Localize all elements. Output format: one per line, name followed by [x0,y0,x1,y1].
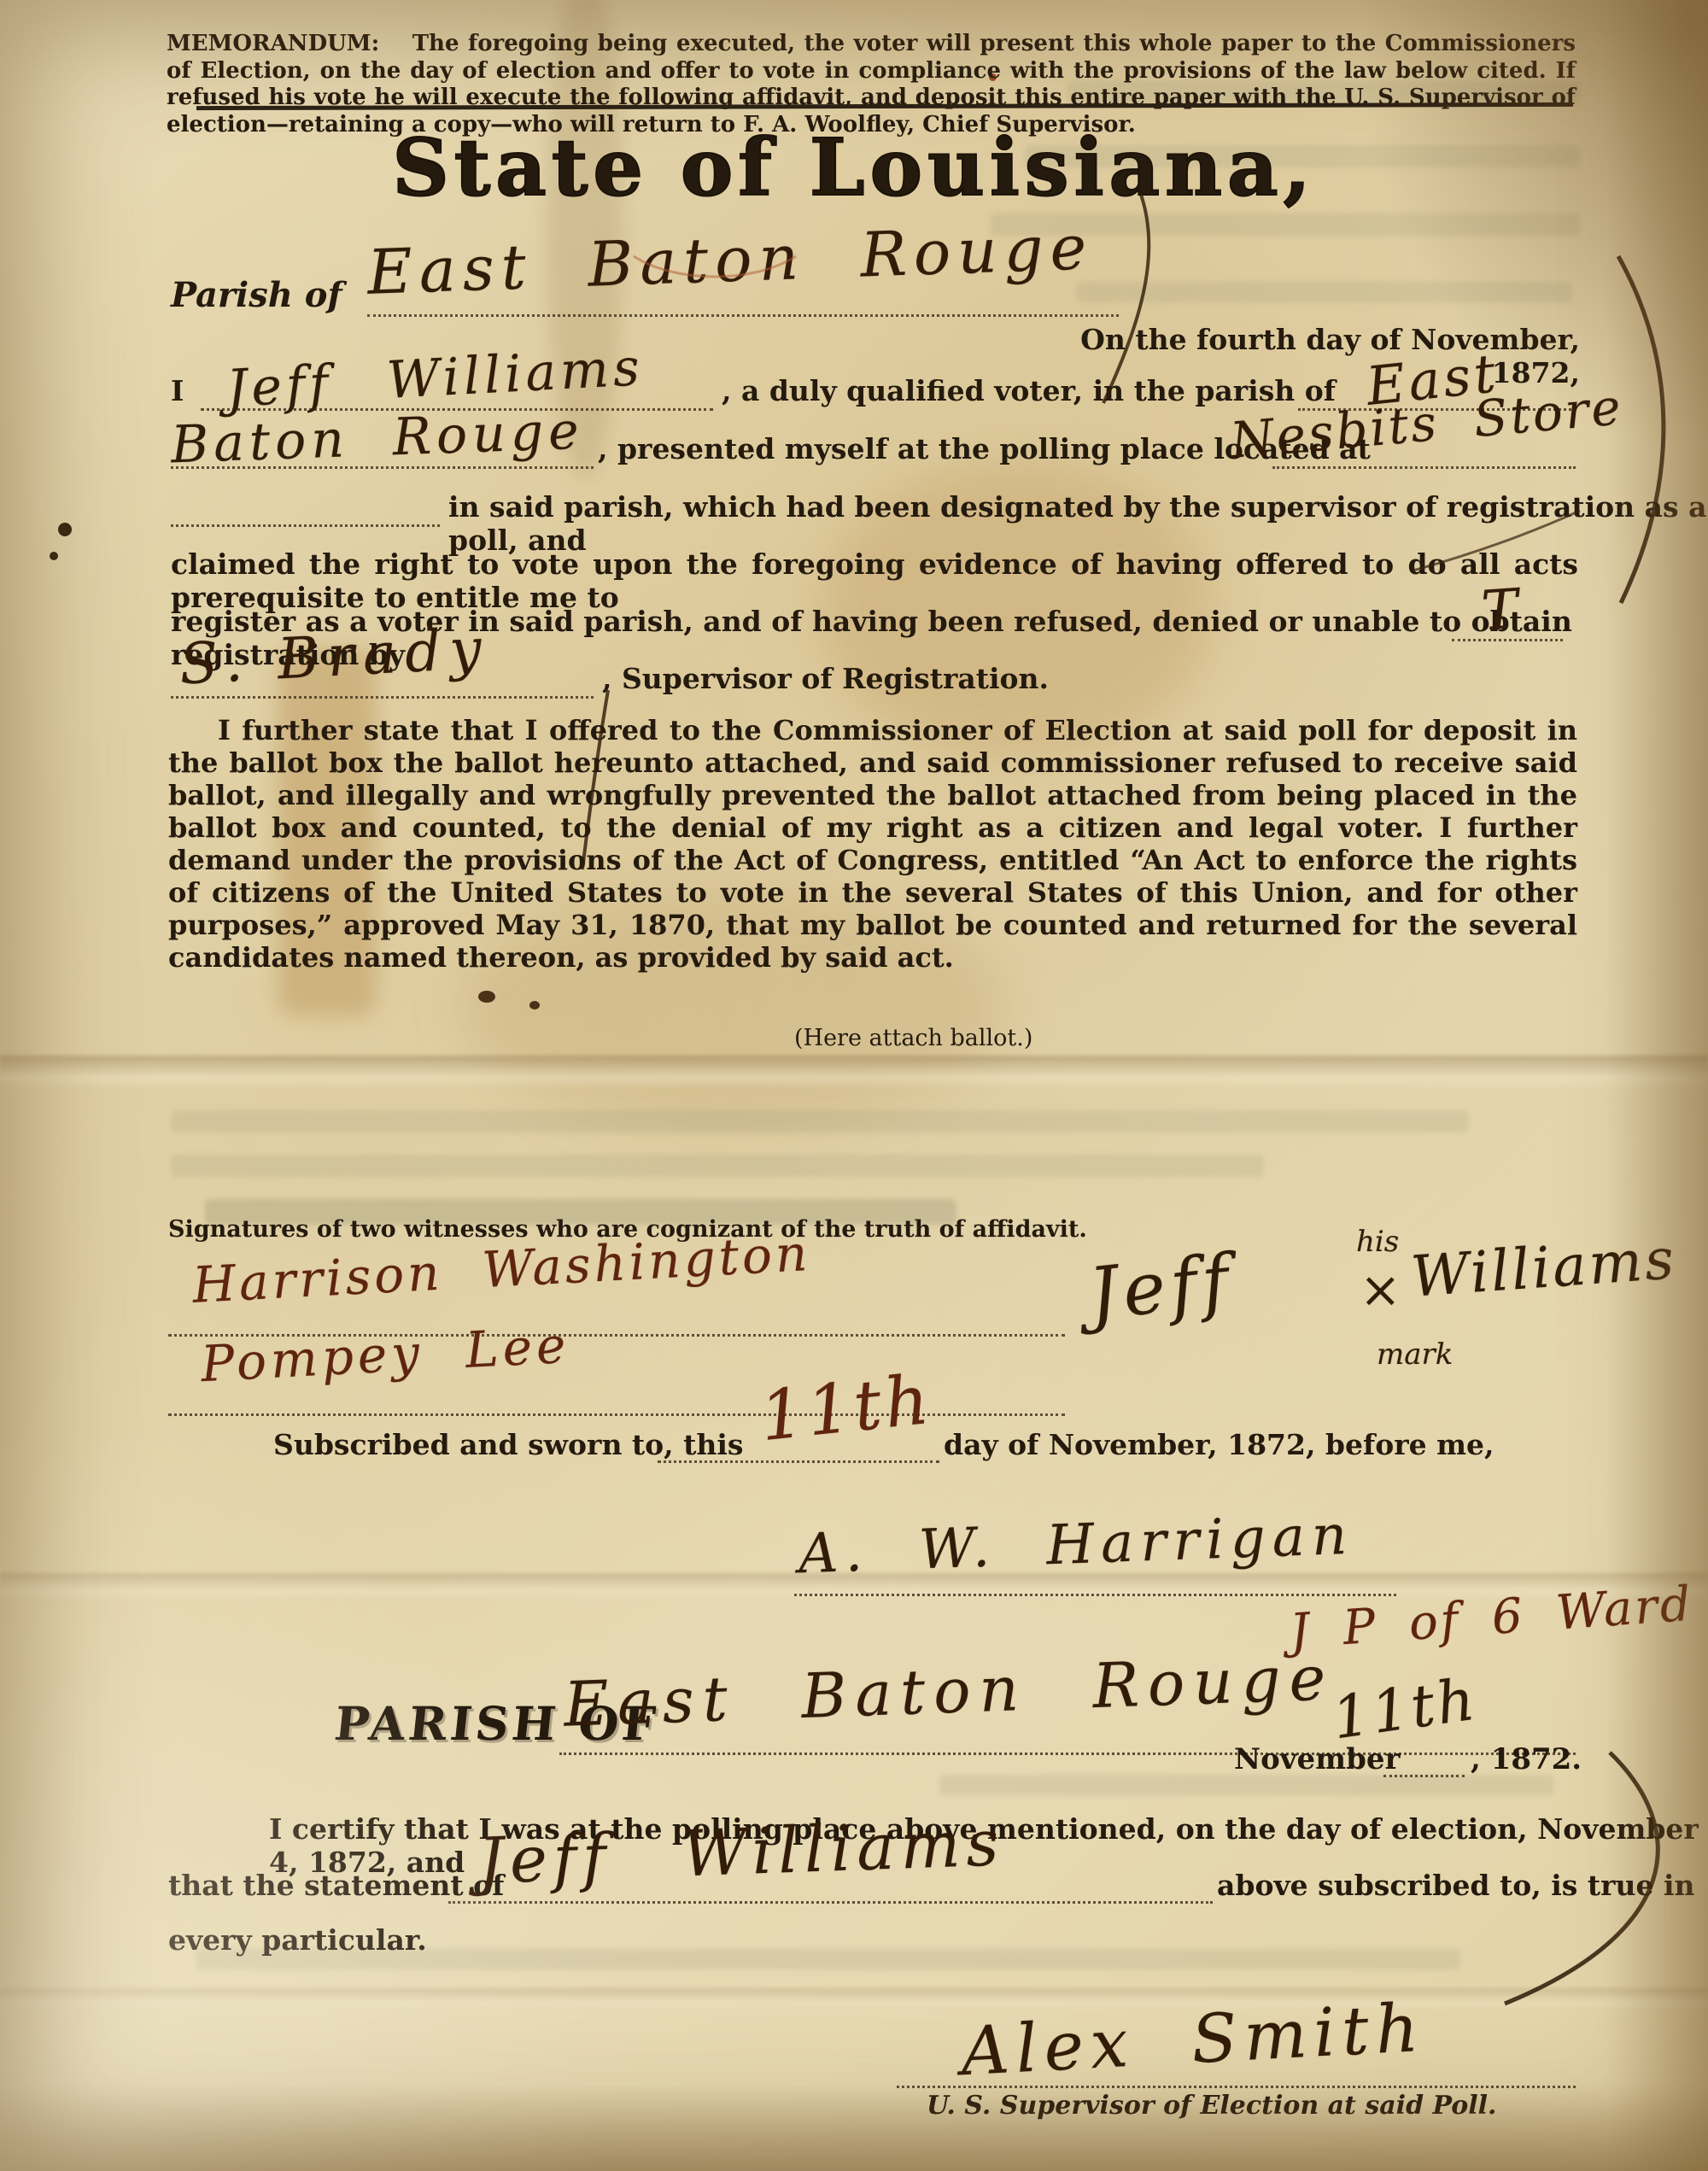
dotted-line [448,1901,1213,1904]
ink-spot [50,552,58,560]
witness2-signature: Pompey Lee [200,1316,571,1394]
bleed-through-text [171,1110,1469,1132]
dotted-line [367,314,1119,317]
certification-line2-prefix: that the statement of [168,1869,504,1902]
bleed-through-text [171,1155,1264,1177]
parish-section-handwriting: East Baton Rouge [563,1641,1336,1740]
parish-name-handwriting: East Baton Rouge [366,211,1095,308]
voter-signature-mark: mark [1377,1337,1453,1372]
dotted-line [559,1753,1576,1755]
registrar-initial-handwriting: T [1479,578,1520,644]
sworn-line-before: Subscribed and sworn to, this [273,1428,744,1461]
document-title: State of Louisiana, [0,121,1708,214]
officer-title-annotation: J P of 6 Ward [1288,1577,1694,1660]
memorandum-label: MEMORANDUM: [167,31,379,56]
voter-signature-cross-mark: × [1360,1261,1401,1319]
bleed-through-text [939,1775,1554,1795]
dotted-line [897,2086,1576,2088]
officer-signature: A. W. Harrigan [798,1504,1354,1587]
paper-fold-crease [0,1056,1708,1090]
dotted-line [1272,466,1576,469]
certification-line2-suffix: above subscribed to, is true in [1217,1869,1694,1902]
parish-label: Parish of [171,275,342,315]
voter-signature-first: Jeff [1085,1238,1237,1336]
body-paragraph: I further state that I offered to the Co… [168,714,1577,974]
dotted-line [658,1460,939,1463]
body-line1-i: I [171,374,184,407]
certification-line3: every particular. [168,1923,427,1957]
dotted-line [1383,1775,1465,1777]
affidavit-document: MEMORANDUM: The foregoing being executed… [0,0,1708,2171]
bleed-through-text [1076,282,1571,302]
dotted-line [794,1594,1396,1596]
ink-spot [478,991,495,1003]
sworn-line-after: day of November, 1872, before me, [944,1428,1494,1461]
dotted-line [171,696,594,699]
ink-spot [58,523,72,536]
supervisor-title: U. S. Supervisor of Election at said Pol… [927,2091,1497,2121]
voter-signature-last: Williams [1409,1226,1679,1310]
paper-fold-crease [0,1988,1708,2010]
ink-spot [529,1001,540,1009]
supervisor-signature: Alex Smith [959,1990,1427,2091]
attach-ballot-note: (Here attach ballot.) [794,1025,1032,1051]
parish-date-day-handwriting: 11th [1328,1666,1481,1753]
body-line1-text: , a duly qualified voter, in the parish … [722,374,1336,407]
sworn-day-handwriting: 11th [757,1360,936,1457]
dotted-line [171,524,440,527]
parish-date-suffix: , 1872. [1471,1742,1582,1776]
registrar-title-text: , Supervisor of Registration. [602,662,1049,695]
voter-signature-his: his [1356,1225,1399,1259]
